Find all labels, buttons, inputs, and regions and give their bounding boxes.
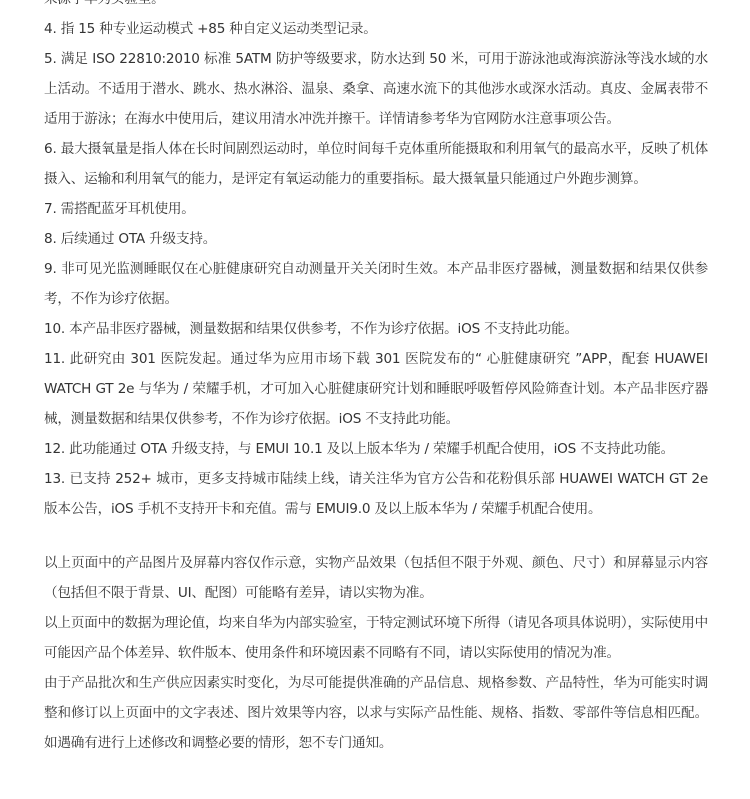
- disclaimer-data: 以上页面中的数据为理论值，均来自华为内部实验室，于特定测试环境下所得（请见各项具…: [44, 608, 708, 668]
- footnote-13: 13. 已支持 252+ 城市，更多支持城市陆续上线，请关注华为官方公告和花粉俱…: [44, 464, 708, 524]
- footnote-12: 12. 此功能通过 OTA 升级支持，与 EMUI 10.1 及以上版本华为 /…: [44, 434, 708, 464]
- footnotes-page: 来源于华为实验室。 4. 指 15 种专业运动模式 +85 种自定义运动类型记录…: [44, 0, 708, 758]
- footnote-5: 5. 满足 ISO 22810:2010 标准 5ATM 防护等级要求，防水达到…: [44, 44, 708, 134]
- disclaimer-section: 以上页面中的产品图片及屏幕内容仅作示意，实物产品效果（包括但不限于外观、颜色、尺…: [44, 548, 708, 758]
- footnote-8: 8. 后续通过 OTA 升级支持。: [44, 224, 708, 254]
- disclaimer-changes: 由于产品批次和生产供应因素实时变化，为尽可能提供准确的产品信息、规格参数、产品特…: [44, 668, 708, 758]
- disclaimer-images: 以上页面中的产品图片及屏幕内容仅作示意，实物产品效果（包括但不限于外观、颜色、尺…: [44, 548, 708, 608]
- section-spacer: [44, 524, 708, 548]
- footnote-9: 9. 非可见光监测睡眠仅在心脏健康研究自动测量开关关闭时生效。本产品非医疗器械，…: [44, 254, 708, 314]
- footnote-11: 11. 此研究由 301 医院发起。通过华为应用市场下载 301 医院发布的“ …: [44, 344, 708, 434]
- footnotes-list: 来源于华为实验室。 4. 指 15 种专业运动模式 +85 种自定义运动类型记录…: [44, 0, 708, 524]
- footnote-6: 6. 最大摄氧量是指人体在长时间剧烈运动时，单位时间每千克体重所能摄取和利用氧气…: [44, 134, 708, 194]
- footnote-continuation: 来源于华为实验室。: [44, 0, 708, 14]
- footnote-4: 4. 指 15 种专业运动模式 +85 种自定义运动类型记录。: [44, 14, 708, 44]
- footnote-7: 7. 需搭配蓝牙耳机使用。: [44, 194, 708, 224]
- footnote-10: 10. 本产品非医疗器械，测量数据和结果仅供参考，不作为诊疗依据。iOS 不支持…: [44, 314, 708, 344]
